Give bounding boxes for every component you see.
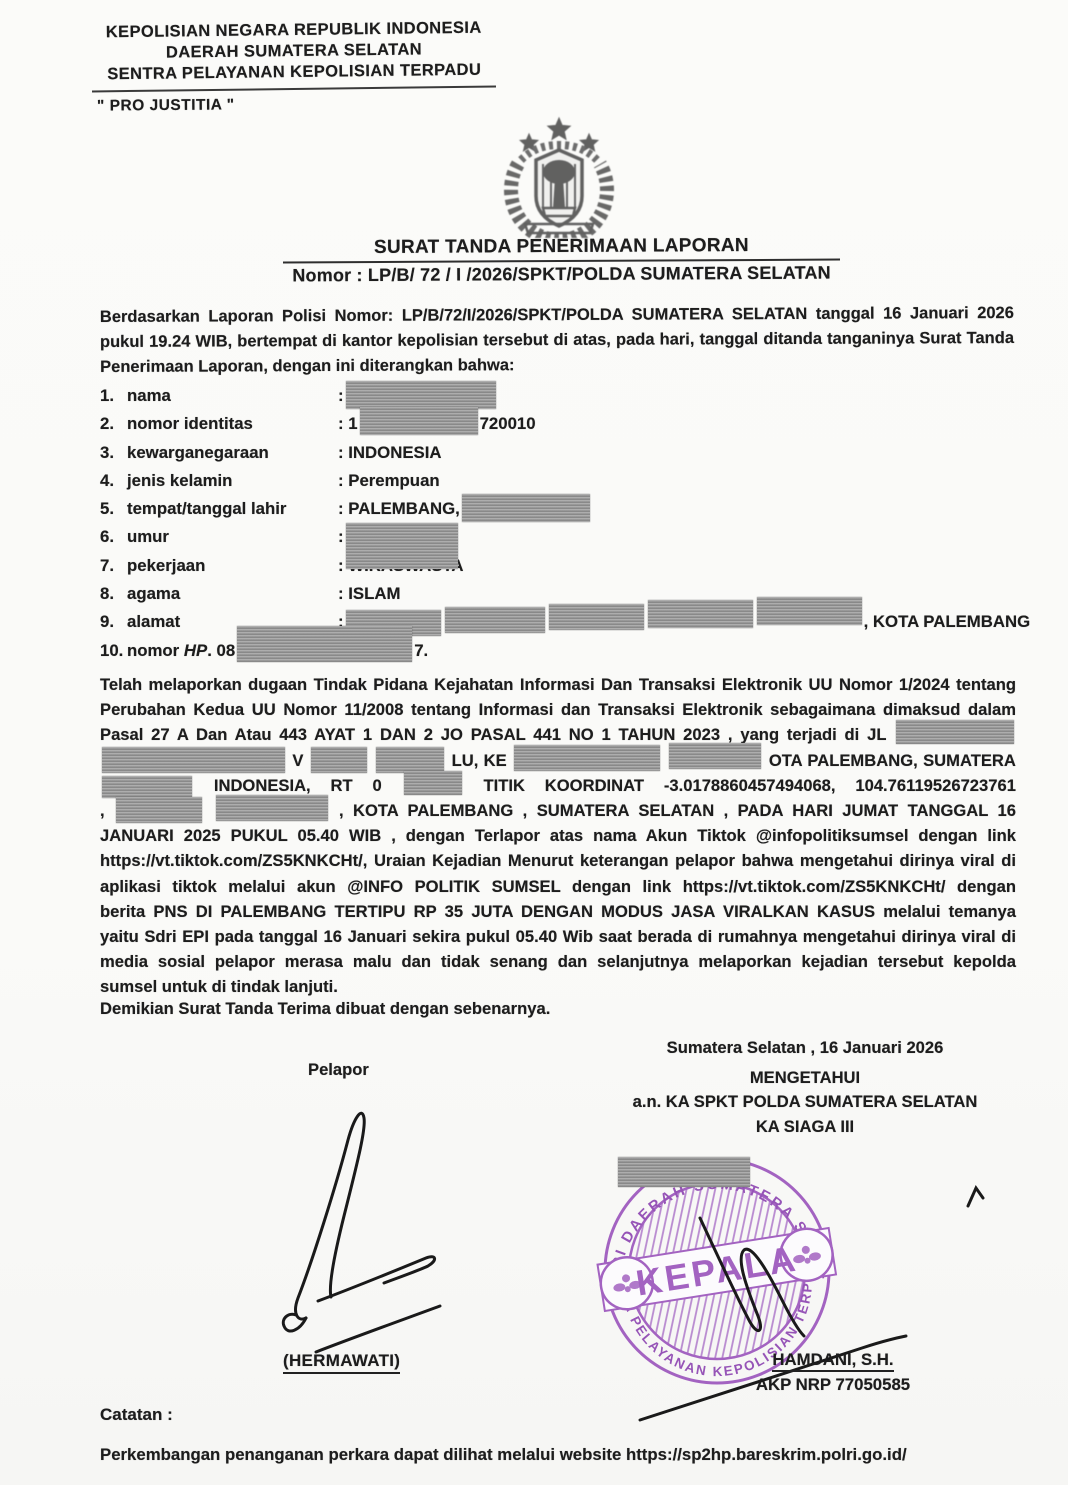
row-number: 3. xyxy=(100,443,127,463)
identity-row: 7.pekerjaan: WIRASWASTA xyxy=(100,556,1014,584)
pelapor-name: (HERMAWATI) xyxy=(283,1351,400,1374)
text-segment: JANUARI 2025 PUKUL 05.40 WIB , dengan Te… xyxy=(100,826,1016,845)
report-body-line: media sosial pelapor merasa malu dan tid… xyxy=(100,949,1016,974)
redaction-block-over-stamp xyxy=(618,1157,750,1187)
letterhead: KEPOLISIAN NEGARA REPUBLIK INDONESIA DAE… xyxy=(90,18,499,86)
redaction-block xyxy=(757,613,862,629)
row-label: tempat/tanggal lahir xyxy=(127,499,338,519)
text-segment: . 08 xyxy=(207,641,235,660)
mengetahui-label: MENGETAHUI xyxy=(572,1066,1038,1091)
text-segment: aplikasi tiktok melalui akun @INFO POLIT… xyxy=(100,877,1016,896)
text-segment: : PALEMBANG, xyxy=(338,499,460,518)
catatan-note: Perkembangan penanganan perkara dapat di… xyxy=(100,1445,907,1465)
row-value: : 1720010 xyxy=(338,414,1014,434)
redaction-block xyxy=(896,726,1014,742)
row-value: nomor HP. 087. xyxy=(127,641,1014,661)
text-segment: INDONESIA, RT 0 xyxy=(214,776,382,795)
identity-row: 2.nomor identitas: 1720010 xyxy=(100,414,1014,442)
row-value: : Perempuan xyxy=(338,471,1014,491)
row-value: : INDONESIA xyxy=(338,443,1014,463)
report-body-paragraph: Telah melaporkan dugaan Tindak Pidana Ke… xyxy=(100,672,1016,999)
signoff-right-block: Sumatera Selatan , 16 Januari 2026 MENGE… xyxy=(572,1036,1038,1139)
text-segment: nomor xyxy=(127,641,184,660)
redaction-block xyxy=(376,752,444,768)
report-body-line: sumsel untuk di tindak lanjuti. xyxy=(100,974,1016,999)
row-number: 2. xyxy=(100,414,127,434)
text-segment: media sosial pelapor merasa malu dan tid… xyxy=(100,952,1016,971)
official-rank: AKP NRP 77050585 xyxy=(700,1372,966,1397)
text-segment: 7. xyxy=(414,641,428,660)
row-label: jenis kelamin xyxy=(127,471,338,491)
report-body-line: Telah melaporkan dugaan Tindak Pidana Ke… xyxy=(100,672,1016,697)
an-ka-spkt-line: a.n. KA SPKT POLDA SUMATERA SELATAN xyxy=(572,1090,1038,1115)
text-segment: : ISLAM xyxy=(338,584,400,603)
identity-row: 5.tempat/tanggal lahir: PALEMBANG, xyxy=(100,499,1014,527)
text-segment: LU, KE xyxy=(452,751,507,770)
row-number: 8. xyxy=(100,584,127,604)
title-block: SURAT TANDA PENERIMAAN LAPORAN Nomor : L… xyxy=(283,235,840,287)
text-segment: : xyxy=(338,527,344,546)
row-value: : xyxy=(338,527,1014,547)
text-segment: TITIK KOORDINAT -3.0178860457494068, 104… xyxy=(483,776,1016,795)
text-segment: Perubahan Kedua UU Nomor 11/2008 tentang… xyxy=(100,700,1016,719)
pelapor-label: Pelapor xyxy=(308,1060,369,1080)
catatan-label: Catatan : xyxy=(100,1405,173,1425)
redaction-block xyxy=(404,777,462,793)
identity-row: 1.nama: xyxy=(100,386,1014,414)
row-number: 5. xyxy=(100,499,127,519)
text-segment: Telah melaporkan dugaan Tindak Pidana Ke… xyxy=(100,675,1016,694)
text-segment: , KOTA PALEMBANG xyxy=(864,612,1031,631)
identity-list: 1.nama:2.nomor identitas: 17200103.kewar… xyxy=(100,386,1014,669)
row-value: : PALEMBANG, xyxy=(338,499,1014,519)
report-body-line: Perubahan Kedua UU Nomor 11/2008 tentang… xyxy=(100,697,1016,722)
ka-siaga-line: KA SIAGA III xyxy=(572,1115,1038,1140)
row-number: 9. xyxy=(100,612,127,632)
redaction-block xyxy=(549,613,644,629)
redaction-block xyxy=(237,642,412,658)
letterhead-line-3: SENTRA PELAYANAN KEPOLISIAN TERPADU xyxy=(90,60,498,86)
text-segment: V xyxy=(292,751,303,770)
redaction-block xyxy=(216,802,328,818)
letterhead-rule xyxy=(92,86,496,93)
text-segment: HP xyxy=(184,641,207,660)
redaction-block xyxy=(445,613,545,629)
identity-row: 6.umur: xyxy=(100,527,1014,555)
redaction-block xyxy=(360,415,478,431)
text-segment: https://vt.tiktok.com/ZS5KNKCHt/, Uraian… xyxy=(100,851,1016,870)
text-segment: , xyxy=(100,801,105,820)
pro-justitia-motto: " PRO JUSTITIA " xyxy=(97,96,235,115)
redaction-block xyxy=(669,752,761,768)
text-segment: yaitu Sdri EPI pada tanggal 16 Januari s… xyxy=(100,927,1016,946)
document-title: SURAT TANDA PENERIMAAN LAPORAN xyxy=(283,235,840,264)
report-body-line: yaitu Sdri EPI pada tanggal 16 Januari s… xyxy=(100,924,1016,949)
row-label: nama xyxy=(127,386,338,406)
text-segment: : Perempuan xyxy=(338,471,440,490)
report-body-line: https://vt.tiktok.com/ZS5KNKCHt/, Uraian… xyxy=(100,848,1016,873)
text-segment: berita PNS DI PALEMBANG TERTIPU RP 35 JU… xyxy=(100,902,1016,921)
row-label: kewarganegaraan xyxy=(127,443,338,463)
identity-row: 3.kewarganegaraan: INDONESIA xyxy=(100,443,1014,471)
row-value: :, KOTA PALEMBANG xyxy=(338,612,1030,632)
redaction-block xyxy=(462,500,590,516)
official-block: HAMDANI, S.H. AKP NRP 77050585 xyxy=(700,1347,966,1397)
row-label: pekerjaan xyxy=(127,556,338,576)
text-segment: , KOTA PALEMBANG , SUMATERA SELATAN , PA… xyxy=(339,801,1016,820)
redaction-block xyxy=(346,528,458,544)
intro-paragraph: Berdasarkan Laporan Polisi Nomor: LP/B/7… xyxy=(100,301,1014,380)
report-body-line: JANUARI 2025 PUKUL 05.40 WIB , dengan Te… xyxy=(100,823,1016,848)
official-name: HAMDANI, S.H. xyxy=(772,1350,893,1372)
scanned-police-report-page: KEPOLISIAN NEGARA REPUBLIK INDONESIA DAE… xyxy=(0,0,1068,1485)
row-label: umur xyxy=(127,527,338,547)
redaction-block xyxy=(116,802,202,818)
row-number: 1. xyxy=(100,386,127,406)
redaction-block xyxy=(648,613,753,629)
pelapor-signature xyxy=(283,1113,440,1352)
redaction-block xyxy=(102,777,192,793)
row-label: nomor identitas xyxy=(127,414,338,434)
redaction-block xyxy=(311,752,367,768)
text-segment: : xyxy=(338,386,344,405)
text-segment: : INDONESIA xyxy=(338,443,442,462)
row-number: 4. xyxy=(100,471,127,491)
polri-tribrata-emblem-icon xyxy=(473,112,645,238)
redaction-block xyxy=(346,387,496,403)
text-segment: sumsel untuk di tindak lanjuti. xyxy=(100,977,338,996)
row-label: agama xyxy=(127,584,338,604)
redaction-block xyxy=(514,752,660,768)
report-body-line: V LU, KE OTA PALEMBANG, SUMATERA xyxy=(100,748,1016,773)
text-segment: 720010 xyxy=(480,414,536,433)
report-body-line: berita PNS DI PALEMBANG TERTIPU RP 35 JU… xyxy=(100,899,1016,924)
text-segment: : 1 xyxy=(338,414,358,433)
row-number: 6. xyxy=(100,527,127,547)
text-segment: OTA PALEMBANG, SUMATERA xyxy=(769,751,1016,770)
report-body-line: , , KOTA PALEMBANG , SUMATERA SELATAN , … xyxy=(100,798,1016,823)
document-number: Nomor : LP/B/ 72 / I /2026/SPKT/POLDA SU… xyxy=(283,263,840,287)
closing-sentence: Demikian Surat Tanda Terima dibuat denga… xyxy=(100,999,550,1019)
text-segment: Pasal 27 A Dan Atau 443 AYAT 1 DAN 2 JO … xyxy=(100,725,886,744)
place-date: Sumatera Selatan , 16 Januari 2026 xyxy=(572,1036,1038,1061)
identity-row: 10.nomor HP. 087. xyxy=(100,641,1014,669)
row-number: 7. xyxy=(100,556,127,576)
report-body-line: aplikasi tiktok melalui akun @INFO POLIT… xyxy=(100,874,1016,899)
row-value: : xyxy=(338,386,1014,406)
redaction-block xyxy=(102,752,285,768)
row-number: 10. xyxy=(100,641,127,661)
